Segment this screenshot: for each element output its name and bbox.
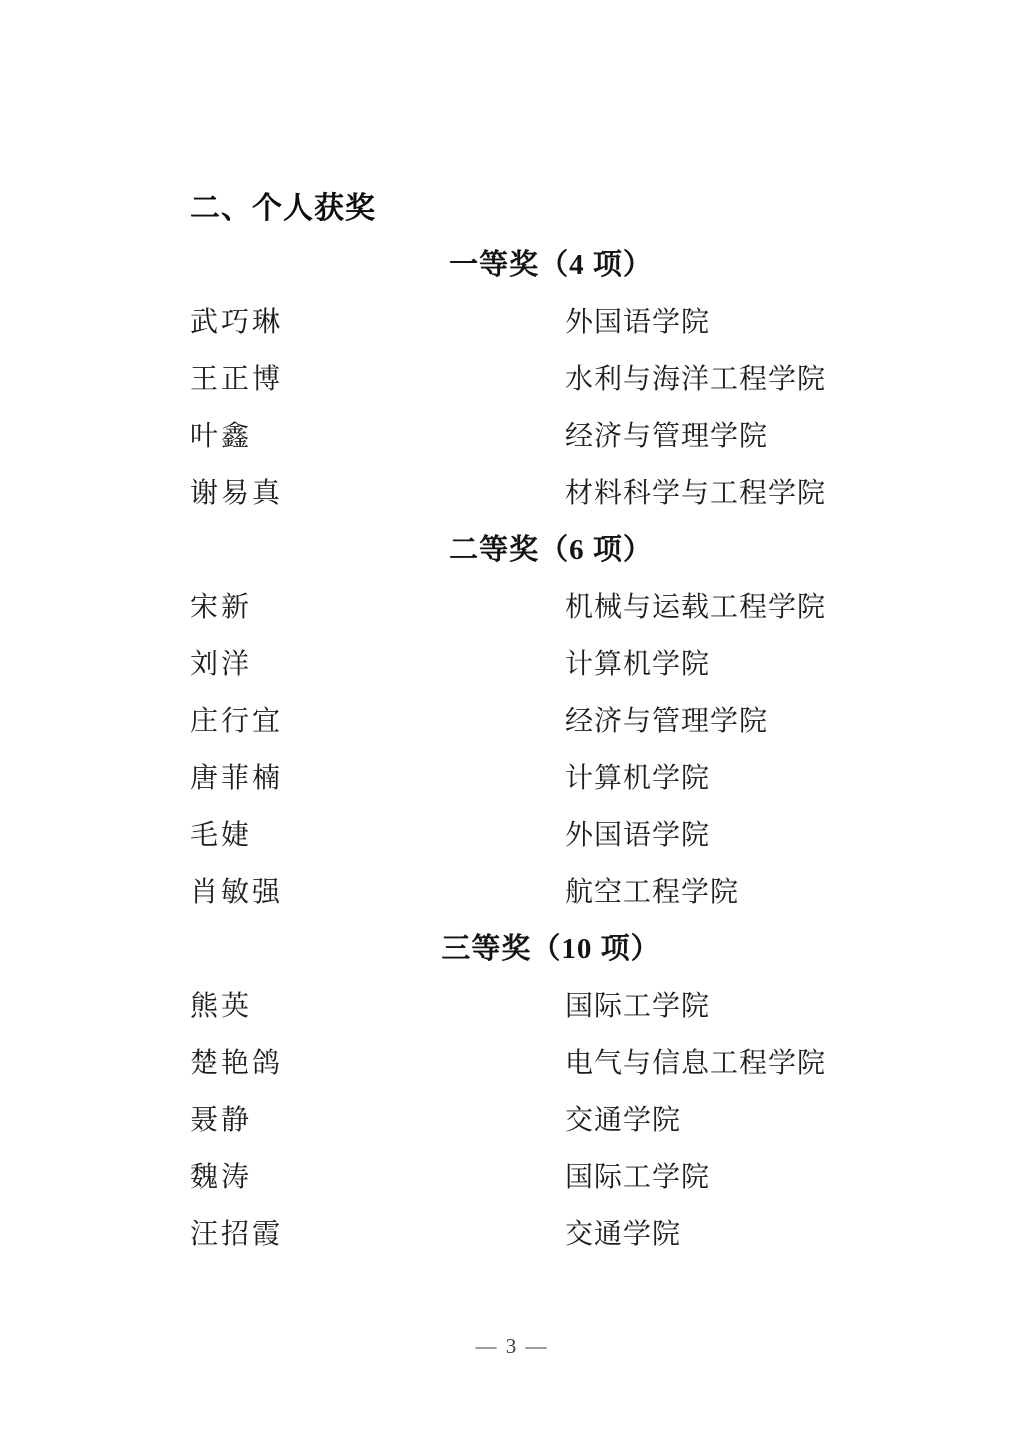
winner-college: 经济与管理学院 — [565, 408, 768, 465]
winner-name: 谢易真 — [190, 465, 565, 522]
winner-college: 经济与管理学院 — [565, 693, 768, 750]
award-row: 武巧琳 外国语学院 — [190, 294, 912, 351]
winner-college: 国际工学院 — [565, 1149, 710, 1206]
award-row: 聂静 交通学院 — [190, 1092, 912, 1149]
award-row: 楚艳鸽 电气与信息工程学院 — [190, 1035, 912, 1092]
winner-college: 水利与海洋工程学院 — [565, 351, 826, 408]
winner-name: 庄行宜 — [190, 693, 565, 750]
winner-name: 熊英 — [190, 978, 565, 1035]
winner-name: 聂静 — [190, 1092, 565, 1149]
winner-name: 武巧琳 — [190, 294, 565, 351]
award-row: 王正博 水利与海洋工程学院 — [190, 351, 912, 408]
document-body: 二、个人获奖 一等奖（4 项） 武巧琳 外国语学院 王正博 水利与海洋工程学院 … — [190, 180, 912, 1263]
winner-college: 国际工学院 — [565, 978, 710, 1035]
section-heading-first-prize: 一等奖（4 项） — [190, 237, 912, 294]
winner-name: 王正博 — [190, 351, 565, 408]
winner-college: 材料科学与工程学院 — [565, 465, 826, 522]
winner-college: 计算机学院 — [565, 636, 710, 693]
winner-name: 楚艳鸽 — [190, 1035, 565, 1092]
winner-college: 机械与运载工程学院 — [565, 579, 826, 636]
winner-college: 航空工程学院 — [565, 864, 739, 921]
award-row: 肖敏强 航空工程学院 — [190, 864, 912, 921]
winner-name: 宋新 — [190, 579, 565, 636]
winner-name: 叶鑫 — [190, 408, 565, 465]
award-row: 魏涛 国际工学院 — [190, 1149, 912, 1206]
winner-college: 交通学院 — [565, 1206, 681, 1263]
winner-name: 魏涛 — [190, 1149, 565, 1206]
winner-name: 刘洋 — [190, 636, 565, 693]
award-row: 唐菲楠 计算机学院 — [190, 750, 912, 807]
award-row: 宋新 机械与运载工程学院 — [190, 579, 912, 636]
winner-name: 汪招霞 — [190, 1206, 565, 1263]
winner-college: 交通学院 — [565, 1092, 681, 1149]
winner-college: 计算机学院 — [565, 750, 710, 807]
page-number: — 3 — — [0, 1334, 1024, 1359]
winner-college: 外国语学院 — [565, 807, 710, 864]
winner-name: 毛婕 — [190, 807, 565, 864]
award-row: 叶鑫 经济与管理学院 — [190, 408, 912, 465]
section-heading-second-prize: 二等奖（6 项） — [190, 522, 912, 579]
document-page: 二、个人获奖 一等奖（4 项） 武巧琳 外国语学院 王正博 水利与海洋工程学院 … — [0, 0, 1024, 1448]
award-row: 汪招霞 交通学院 — [190, 1206, 912, 1263]
winner-name: 唐菲楠 — [190, 750, 565, 807]
section-heading-third-prize: 三等奖（10 项） — [190, 921, 912, 978]
award-row: 庄行宜 经济与管理学院 — [190, 693, 912, 750]
winner-college: 外国语学院 — [565, 294, 710, 351]
award-row: 谢易真 材料科学与工程学院 — [190, 465, 912, 522]
award-row: 毛婕 外国语学院 — [190, 807, 912, 864]
winner-college: 电气与信息工程学院 — [565, 1035, 826, 1092]
award-row: 刘洋 计算机学院 — [190, 636, 912, 693]
award-row: 熊英 国际工学院 — [190, 978, 912, 1035]
page-title: 二、个人获奖 — [190, 180, 912, 237]
winner-name: 肖敏强 — [190, 864, 565, 921]
